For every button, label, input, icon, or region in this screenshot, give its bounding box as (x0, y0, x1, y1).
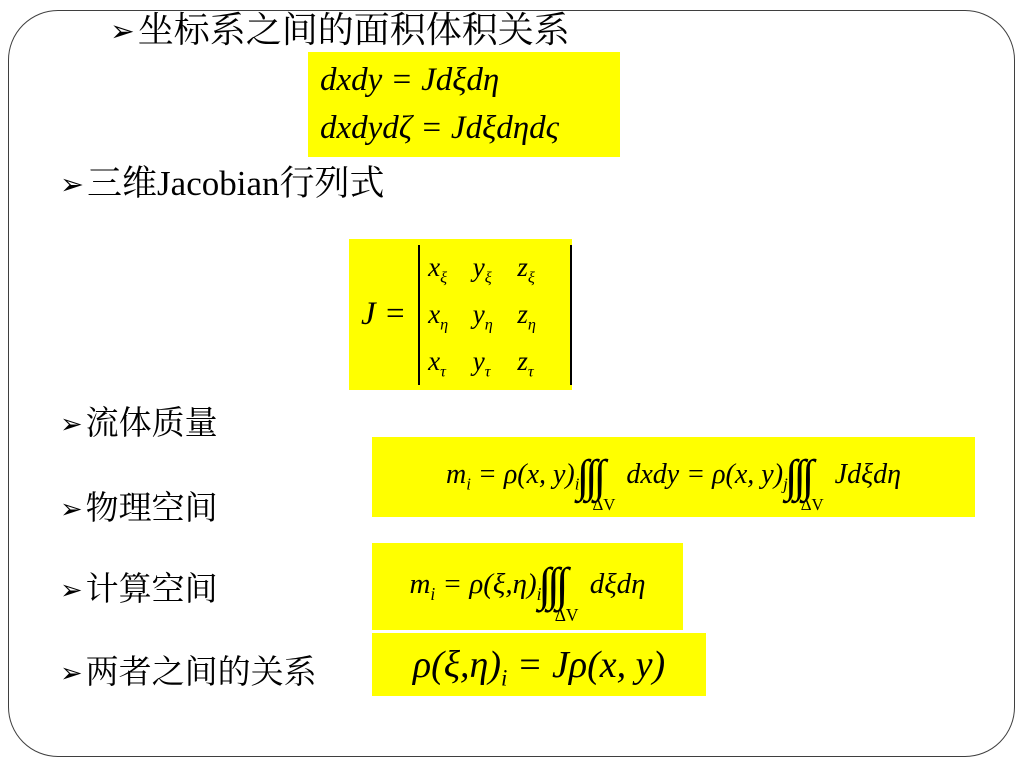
formula-line: ρ(ξ,η)i = Jρ(x, y) (413, 643, 665, 687)
formula-density-relation: ρ(ξ,η)i = Jρ(x, y) (372, 633, 706, 696)
matrix-cell: xη (428, 299, 448, 330)
arrow-bullet-icon: ➢ (110, 14, 135, 48)
matrix-cell: zξ (517, 252, 534, 283)
jacobian-lhs: J = (361, 296, 406, 333)
bullet-physical-space: ➢ 物理空间 (60, 482, 218, 529)
arrow-bullet-icon: ➢ (60, 494, 83, 525)
arrow-bullet-icon: ➢ (60, 575, 83, 606)
arrow-bullet-icon: ➢ (60, 409, 83, 440)
bullet-label: 物理空间 (86, 482, 218, 529)
matrix-cell: yη (473, 299, 493, 330)
arrow-bullet-icon: ➢ (60, 658, 83, 689)
bullet-computational-space: ➢ 计算空间 (60, 563, 218, 610)
matrix-cell: zη (517, 299, 536, 330)
bullet-label: 坐标系之间的面积体积关系 (138, 2, 570, 53)
determinant-matrix: xξ yξ zξ xη yη zη xτ yτ zτ (418, 245, 572, 385)
bullet-label: 三维Jacobian行列式 (87, 156, 384, 206)
matrix-cell: zτ (517, 346, 533, 377)
formula-line: mi = ρ(x, y)i ∫∫∫ΔV dxdy = ρ(x, y)j ∫∫∫Δ… (446, 449, 901, 504)
formula-area-volume: dxdy = Jdξdη dxdydζ = Jdξdηdς (308, 52, 620, 157)
bullet-fluid-mass: ➢ 流体质量 (60, 397, 218, 444)
formula-mass-computational: mi = ρ(ξ,η)i ∫∫∫ΔV dξdη (372, 543, 683, 630)
matrix-cell: yξ (473, 252, 492, 283)
matrix-cell: xτ (428, 346, 446, 377)
matrix-cell: xξ (428, 252, 447, 283)
arrow-bullet-icon: ➢ (60, 167, 84, 201)
bullet-label: 流体质量 (86, 397, 218, 444)
slide: ➢ 坐标系之间的面积体积关系 ➢ 三维Jacobian行列式 ➢ 流体质量 ➢ … (0, 0, 1024, 768)
bullet-label: 两者之间的关系 (86, 646, 317, 693)
formula-line: dxdy = Jdξdη (320, 62, 620, 99)
bullet-3d-jacobian: ➢ 三维Jacobian行列式 (60, 156, 385, 206)
formula-mass-physical: mi = ρ(x, y)i ∫∫∫ΔV dxdy = ρ(x, y)j ∫∫∫Δ… (372, 437, 975, 517)
formula-jacobian-determinant: J = xξ yξ zξ xη yη zη xτ yτ zτ (349, 239, 572, 390)
bullet-relation-between: ➢ 两者之间的关系 (60, 646, 317, 693)
bullet-label: 计算空间 (86, 563, 218, 610)
formula-line: dxdydζ = Jdξdηdς (320, 110, 620, 147)
matrix-cell: yτ (473, 346, 491, 377)
formula-line: mi = ρ(ξ,η)i ∫∫∫ΔV dξdη (409, 558, 645, 615)
bullet-area-volume-relation: ➢ 坐标系之间的面积体积关系 (110, 2, 570, 53)
